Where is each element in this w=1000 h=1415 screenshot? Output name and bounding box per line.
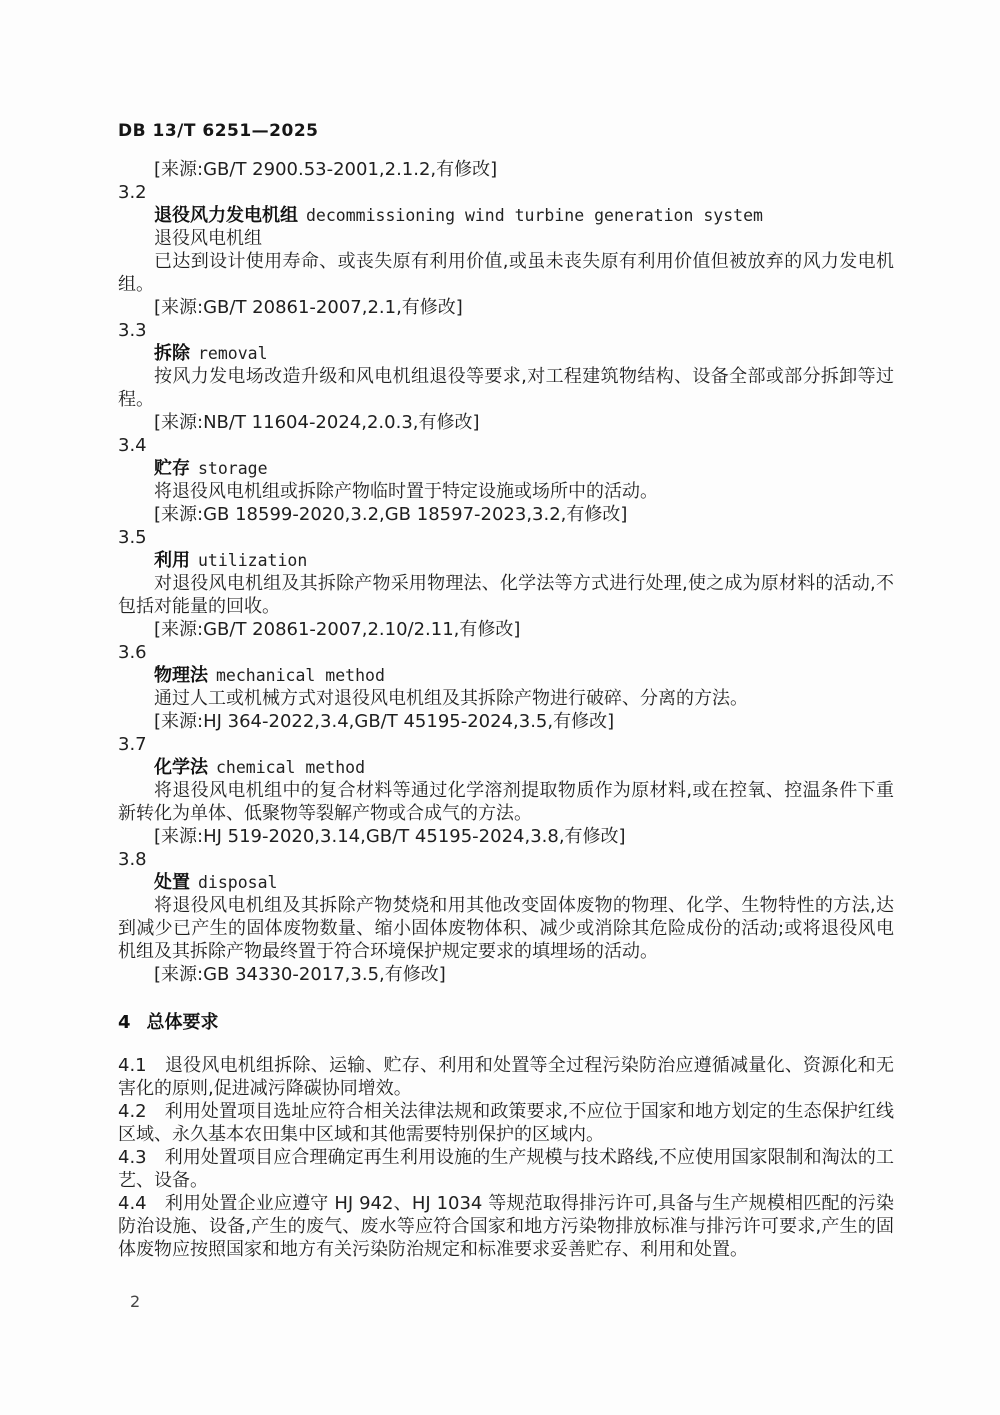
page-content: DB 13/T 6251—2025 [来源:GB/T 2900.53-2001,… — [118, 120, 894, 1261]
term-definition: 将退役风电机组及其拆除产物焚烧和用其他改变固体废物的物理、化学、生物特性的方法,… — [118, 894, 894, 963]
term-id: 3.6 — [118, 641, 894, 664]
term-definition: 对退役风电机组及其拆除产物采用物理法、化学法等方式进行处理,使之成为原材料的活动… — [118, 572, 894, 618]
term-section-3-8: 3.8 处置disposal 将退役风电机组及其拆除产物焚烧和用其他改变固体废物… — [118, 848, 894, 986]
term-zh: 拆除 — [154, 343, 190, 364]
clause-4-1: 4.1退役风电机组拆除、运输、贮存、利用和处置等全过程污染防治应遵循减量化、资源… — [118, 1054, 894, 1100]
term-section-3-2: 3.2 退役风力发电机组decommissioning wind turbine… — [118, 181, 894, 319]
term-source: [来源:GB/T 20861-2007,2.10/2.11,有修改] — [118, 618, 894, 641]
document-page: DB 13/T 6251—2025 [来源:GB/T 2900.53-2001,… — [0, 0, 1000, 1415]
term-id: 3.4 — [118, 434, 894, 457]
term-id: 3.8 — [118, 848, 894, 871]
term-section-3-4: 3.4 贮存storage 将退役风电机组或拆除产物临时置于特定设施或场所中的活… — [118, 434, 894, 526]
clause-4-3: 4.3利用处置项目应合理确定再生利用设施的生产规模与技术路线,不应使用国家限制和… — [118, 1146, 894, 1192]
term-definition: 将退役风电机组中的复合材料等通过化学溶剂提取物质作为原材料,或在控氧、控温条件下… — [118, 779, 894, 825]
term-synonym: 退役风电机组 — [118, 227, 894, 250]
term-source: [来源:GB/T 20861-2007,2.1,有修改] — [118, 296, 894, 319]
term-section-3-5: 3.5 利用utilization 对退役风电机组及其拆除产物采用物理法、化学法… — [118, 526, 894, 641]
term-en: utilization — [198, 551, 307, 570]
term-section-3-6: 3.6 物理法mechanical method 通过人工或机械方式对退役风电机… — [118, 641, 894, 733]
term-definition: 将退役风电机组或拆除产物临时置于特定设施或场所中的活动。 — [118, 480, 894, 503]
term-title: 退役风力发电机组decommissioning wind turbine gen… — [118, 204, 894, 227]
clause-id: 4.4 — [118, 1193, 147, 1214]
term-zh: 贮存 — [154, 458, 190, 479]
term-source: [来源:GB 34330-2017,3.5,有修改] — [118, 963, 894, 986]
clause-id: 4.2 — [118, 1101, 147, 1122]
term-zh: 退役风力发电机组 — [154, 205, 298, 226]
clause-id: 4.3 — [118, 1147, 147, 1168]
term-source: [来源:NB/T 11604-2024,2.0.3,有修改] — [118, 411, 894, 434]
clause-4-4: 4.4利用处置企业应遵守 HJ 942、HJ 1034 等规范取得排污许可,具备… — [118, 1192, 894, 1261]
term-source: [来源:GB 18599-2020,3.2,GB 18597-2023,3.2,… — [118, 503, 894, 526]
term-source: [来源:HJ 364-2022,3.4,GB/T 45195-2024,3.5,… — [118, 710, 894, 733]
term-section-3-3: 3.3 拆除removal 按风力发电场改造升级和风电机组退役等要求,对工程建筑… — [118, 319, 894, 434]
page-number: 2 — [130, 1292, 140, 1312]
term-zh: 处置 — [154, 872, 190, 893]
term-title: 物理法mechanical method — [118, 664, 894, 687]
term-id: 3.2 — [118, 181, 894, 204]
clause-4-2: 4.2利用处置项目选址应符合相关法律法规和政策要求,不应位于国家和地方划定的生态… — [118, 1100, 894, 1146]
term-title: 化学法chemical method — [118, 756, 894, 779]
term-title: 利用utilization — [118, 549, 894, 572]
term-zh: 利用 — [154, 550, 190, 571]
term-section-3-7: 3.7 化学法chemical method 将退役风电机组中的复合材料等通过化… — [118, 733, 894, 848]
term-en: removal — [198, 344, 268, 363]
term-en: storage — [198, 459, 268, 478]
term-id: 3.5 — [118, 526, 894, 549]
term-id: 3.7 — [118, 733, 894, 756]
doc-code: DB 13/T 6251—2025 — [118, 120, 894, 143]
term-definition: 已达到设计使用寿命、或丧失原有利用价值,或虽未丧失原有利用价值但被放弃的风力发电… — [118, 250, 894, 296]
clause-text: 利用处置项目选址应符合相关法律法规和政策要求,不应位于国家和地方划定的生态保护红… — [118, 1101, 894, 1145]
chapter-heading: 4总体要求 — [118, 1011, 894, 1035]
term-en: disposal — [198, 873, 277, 892]
term-en: decommissioning wind turbine generation … — [306, 206, 763, 225]
term-title: 处置disposal — [118, 871, 894, 894]
term-definition: 通过人工或机械方式对退役风电机组及其拆除产物进行破碎、分离的方法。 — [118, 687, 894, 710]
chapter-number: 4 — [118, 1012, 131, 1033]
chapter-title: 总体要求 — [147, 1012, 219, 1033]
term-definition: 按风力发电场改造升级和风电机组退役等要求,对工程建筑物结构、设备全部或部分拆卸等… — [118, 365, 894, 411]
term-zh: 物理法 — [154, 665, 208, 686]
leading-source-line: [来源:GB/T 2900.53-2001,2.1.2,有修改] — [118, 158, 894, 181]
term-title: 贮存storage — [118, 457, 894, 480]
term-source: [来源:HJ 519-2020,3.14,GB/T 45195-2024,3.8… — [118, 825, 894, 848]
clause-id: 4.1 — [118, 1055, 147, 1076]
term-en: mechanical method — [216, 666, 385, 685]
term-en: chemical method — [216, 758, 365, 777]
clause-text: 利用处置项目应合理确定再生利用设施的生产规模与技术路线,不应使用国家限制和淘汰的… — [118, 1147, 894, 1191]
term-id: 3.3 — [118, 319, 894, 342]
term-zh: 化学法 — [154, 757, 208, 778]
clause-text: 退役风电机组拆除、运输、贮存、利用和处置等全过程污染防治应遵循减量化、资源化和无… — [118, 1055, 894, 1099]
term-title: 拆除removal — [118, 342, 894, 365]
clause-text: 利用处置企业应遵守 HJ 942、HJ 1034 等规范取得排污许可,具备与生产… — [118, 1193, 894, 1260]
